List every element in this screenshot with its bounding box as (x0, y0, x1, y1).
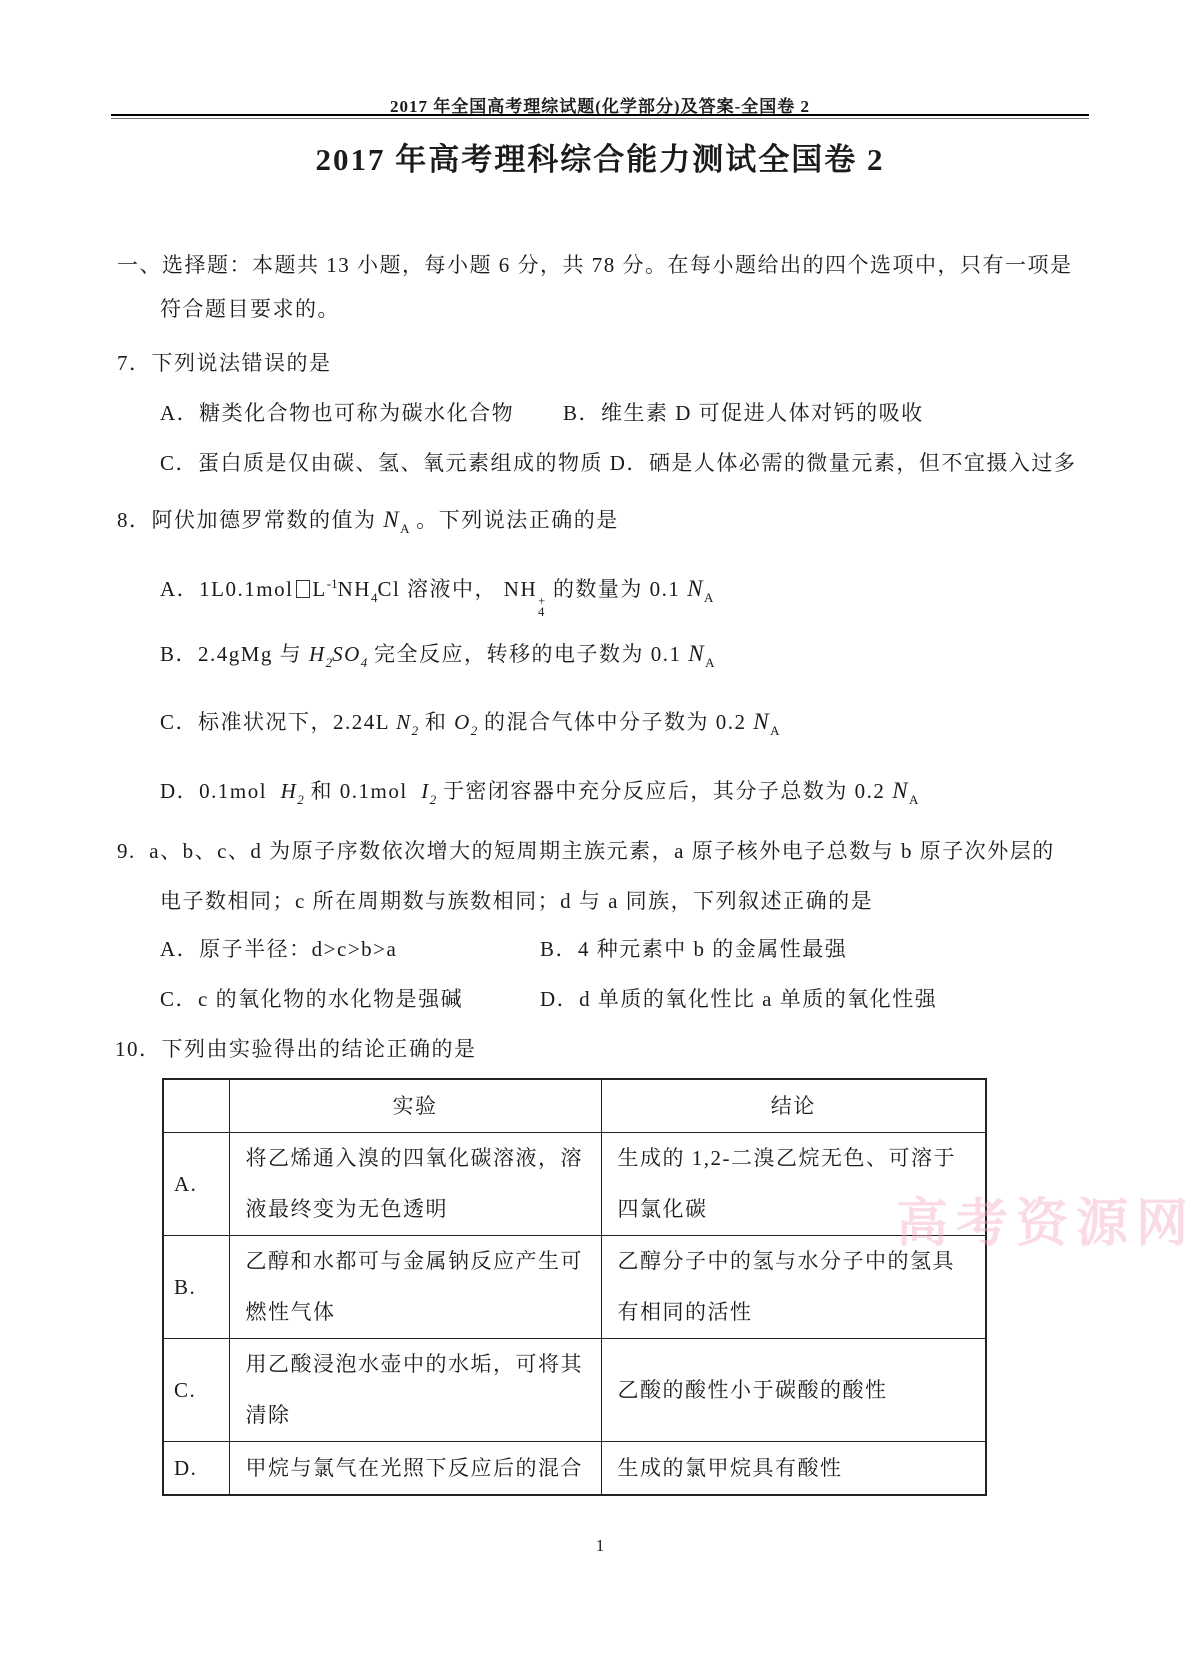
table-row: C. 用乙酸浸泡水壶中的水垢，可将其清除 乙酸的酸性小于碳酸的酸性 (163, 1339, 986, 1442)
row-label: C. (163, 1339, 229, 1442)
q8a-text-post: 的数量为 0.1 (546, 577, 687, 601)
q8b-text-post: 完全反应，转移的电子数为 0.1 (367, 642, 688, 666)
question-9-option-c: C．c 的氧化物的水化物是强碱 (160, 986, 463, 1013)
q8c-text-post: 的混合气体中分子数为 0.2 (477, 710, 753, 734)
question-9-option-a: A．原子半径：d>c>b>a (160, 936, 397, 963)
q8d-text: D．0.1mol (160, 779, 281, 803)
missing-glyph-box (296, 580, 310, 598)
avogadro-symbol: N (753, 709, 770, 734)
section-intro-line1: 一、选择题：本题共 13 小题，每小题 6 分，共 78 分。在每小题给出的四个… (117, 252, 1073, 279)
q8c-text-mid: 和 (418, 710, 454, 734)
o2-symbol: O (454, 710, 471, 734)
q10-experiment-table: 实验 结论 A. 将乙烯通入溴的四氧化碳溶液，溶液最终变为无色透明 生成的 1,… (162, 1078, 987, 1496)
question-7-options-cd: C．蛋白质是仅由碳、氢、氧元素组成的物质 D．硒是人体必需的微量元素，但不宜摄入… (160, 450, 1076, 477)
page-number: 1 (0, 1536, 1200, 1556)
q8-stem-text: 8．阿伏加德罗常数的值为 (117, 508, 383, 532)
table-row: B. 乙醇和水都可与金属钠反应产生可燃性气体 乙醇分子中的氢与水分子中的氢具有相… (163, 1236, 986, 1339)
row-conclusion: 生成的氯甲烷具有酸性 (601, 1442, 986, 1496)
row-label: D. (163, 1442, 229, 1496)
q8c-text: C．标准状况下，2.24L (160, 710, 396, 734)
avogadro-subscript: A (704, 590, 713, 605)
ion-subscript: 4 (538, 607, 544, 618)
n2-symbol: N (396, 710, 412, 734)
row-experiment: 甲烷与氯气在光照下反应后的混合 (229, 1442, 601, 1496)
table-row: D. 甲烷与氯气在光照下反应后的混合 生成的氯甲烷具有酸性 (163, 1442, 986, 1496)
avogadro-subscript: A (705, 655, 714, 670)
watermark: 高考资源网 (896, 1181, 1196, 1256)
avogadro-symbol: N (892, 778, 909, 803)
q8a-formula: NH (338, 577, 371, 601)
table-header-row: 实验 结论 (163, 1079, 986, 1133)
q8d-text-mid: 和 0.1mol (304, 779, 421, 803)
h2so4-h: H (309, 642, 326, 666)
question-7-option-a: A．糖类化合物也可称为碳水化合物 (160, 400, 514, 427)
avogadro-symbol: N (383, 507, 400, 532)
row-label: A. (163, 1133, 229, 1236)
q8a-exponent: -1 (327, 576, 338, 591)
header-experiment: 实验 (229, 1079, 601, 1133)
question-8-option-c: C．标准状况下，2.24L N2 和 O2 的混合气体中分子数为 0.2 NA (160, 708, 779, 744)
question-8-option-b: B．2.4gMg 与 H2SO4 完全反应，转移的电子数为 0.1 NA (160, 640, 715, 676)
q8b-text: B．2.4gMg 与 (160, 642, 309, 666)
question-8-option-a: A．1L0.1molL-1NH4Cl 溶液中， NH+4 的数量为 0.1 NA (160, 570, 713, 618)
q8-stem-text-post: 。下列说法正确的是 (409, 508, 618, 532)
header-conclusion: 结论 (601, 1079, 986, 1133)
avogadro-subscript: A (909, 792, 918, 807)
q8d-text-post: 于密闭容器中充分反应后，其分子总数为 0.2 (436, 779, 892, 803)
q8a-text-mid: Cl 溶液中， NH (377, 577, 537, 601)
question-7-option-b: B．维生素 D 可促进人体对钙的吸收 (563, 400, 924, 427)
row-experiment: 乙醇和水都可与金属钠反应产生可燃性气体 (229, 1236, 601, 1339)
question-9-option-b: B．4 种元素中 b 的金属性最强 (540, 936, 847, 963)
h2-symbol: H (281, 779, 298, 803)
header-rule (111, 114, 1089, 119)
avogadro-symbol: N (687, 576, 704, 601)
section-intro-line2: 符合题目要求的。 (160, 296, 340, 323)
q8a-text: A．1L0.1mol (160, 577, 293, 601)
avogadro-symbol: N (688, 641, 705, 666)
question-8-option-d: D．0.1mol H2 和 0.1mol I2 于密闭容器中充分反应后，其分子总… (160, 777, 918, 813)
row-conclusion: 乙酸的酸性小于碳酸的酸性 (601, 1339, 986, 1442)
q8a-unit: L (312, 577, 326, 601)
ammonium-ion-subsup: +4 (538, 596, 545, 618)
row-experiment: 将乙烯通入溴的四氧化碳溶液，溶液最终变为无色透明 (229, 1133, 601, 1236)
question-9-option-d: D．d 单质的氧化性比 a 单质的氧化性强 (540, 986, 937, 1013)
row-experiment: 用乙酸浸泡水壶中的水垢，可将其清除 (229, 1339, 601, 1442)
header-empty-cell (163, 1079, 229, 1133)
question-8-stem: 8．阿伏加德罗常数的值为 NA 。下列说法正确的是 (117, 506, 619, 542)
question-10-stem: 10．下列由实验得出的结论正确的是 (115, 1036, 477, 1063)
page-title: 2017 年高考理科综合能力测试全国卷 2 (0, 134, 1200, 179)
row-label: B. (163, 1236, 229, 1339)
exam-document-page: 2017 年全国高考理综试题(化学部分)及答案-全国卷 2 2017 年高考理科… (0, 0, 1200, 1665)
avogadro-subscript: A (770, 723, 779, 738)
question-7-stem: 7．下列说法错误的是 (117, 350, 332, 377)
question-9-stem-line2: 电子数相同；c 所在周期数与族数相同；d 与 a 同族，下列叙述正确的是 (160, 888, 873, 915)
h2so4-so: SO (332, 642, 361, 666)
table-row: A. 将乙烯通入溴的四氧化碳溶液，溶液最终变为无色透明 生成的 1,2-二溴乙烷… (163, 1133, 986, 1236)
question-9-stem-line1: 9. a、b、c、d 为原子序数依次增大的短周期主族元素，a 原子核外电子总数与… (117, 838, 1055, 865)
i2-symbol: I (421, 779, 430, 803)
